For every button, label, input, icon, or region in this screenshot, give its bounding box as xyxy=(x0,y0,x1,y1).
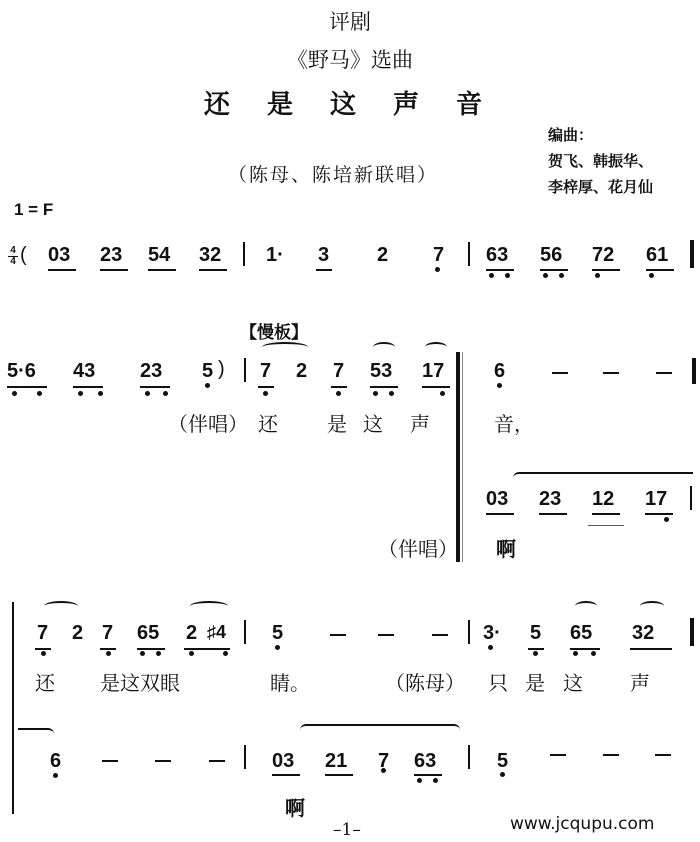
note: 23 xyxy=(140,360,162,383)
system-bracket xyxy=(12,602,14,814)
barline xyxy=(468,620,470,644)
note: 5·6 xyxy=(7,360,36,383)
lyric: 这 xyxy=(363,408,383,437)
note: 03 xyxy=(486,488,508,511)
dash xyxy=(603,372,619,374)
lyric: 是这双眼 xyxy=(100,667,180,696)
barline xyxy=(468,745,470,769)
note: 2 xyxy=(72,622,83,645)
note: 7 xyxy=(260,360,271,383)
key-signature: 1 = F xyxy=(14,200,53,220)
note: 5 xyxy=(272,622,283,645)
note: 53 xyxy=(370,360,392,383)
slur xyxy=(513,472,693,478)
lyric: 音， xyxy=(494,408,534,437)
lyric: 这 xyxy=(563,667,583,696)
note: ♯4 xyxy=(207,622,226,643)
note: 23 xyxy=(100,244,122,267)
slur xyxy=(18,728,54,734)
singers-credit: （陈母、陈培新联唱） xyxy=(228,160,438,187)
note: 65 xyxy=(570,622,592,645)
composers-line-2: 李梓厚、花月仙 xyxy=(548,174,653,200)
composer-credit: 编曲： 贺飞、韩振华、 李梓厚、花月仙 xyxy=(548,122,653,200)
tempo-marking: 【慢板】 xyxy=(240,318,308,343)
note: 54 xyxy=(148,244,170,267)
composers-line-1: 贺飞、韩振华、 xyxy=(548,148,653,174)
dash xyxy=(155,760,171,762)
opera-title: 《野马》选曲 xyxy=(0,44,700,74)
note: 2 xyxy=(186,622,197,645)
note: 32 xyxy=(632,622,654,645)
note: 65 xyxy=(137,622,159,645)
lyric: 是 xyxy=(327,408,347,437)
lyric: 是 xyxy=(525,667,545,696)
open-paren: ( xyxy=(20,244,27,267)
note: 03 xyxy=(272,750,294,773)
page-number: –1– xyxy=(333,820,361,840)
note: 1· xyxy=(266,244,284,267)
watermark: www.jcqupu.com xyxy=(510,814,654,834)
note: 63 xyxy=(414,750,436,773)
note: 7 xyxy=(102,622,113,645)
time-sig-top: 4 xyxy=(8,246,18,256)
song-title: 还 是 这 声 音 xyxy=(0,84,700,121)
lyric: 还 xyxy=(35,667,55,696)
accompaniment-label: （伴唱） xyxy=(378,533,458,562)
barline xyxy=(244,745,246,769)
barline xyxy=(244,620,246,644)
note: 2 xyxy=(296,360,307,383)
lyric: 啊 xyxy=(285,792,305,821)
dash xyxy=(378,634,394,636)
lyric: 睛。 xyxy=(270,667,310,696)
note: 7 xyxy=(333,360,344,383)
note: 61 xyxy=(646,244,668,267)
time-sig-bottom: 4 xyxy=(8,256,18,267)
dash xyxy=(209,760,225,762)
slur xyxy=(575,601,597,611)
note: 43 xyxy=(73,360,95,383)
note: 72 xyxy=(592,244,614,267)
lyric: 只 xyxy=(488,667,508,696)
note: 3 xyxy=(318,244,329,267)
note: 17 xyxy=(645,488,667,511)
dash xyxy=(102,760,118,762)
barline xyxy=(244,358,246,382)
barline xyxy=(690,240,694,268)
barline xyxy=(243,242,245,266)
composer-label: 编曲： xyxy=(548,122,653,148)
note: 7 xyxy=(37,622,48,645)
slur xyxy=(425,342,447,352)
note: 5 xyxy=(497,750,508,773)
slur xyxy=(262,342,308,352)
note: 6 xyxy=(494,360,505,383)
barline xyxy=(690,618,694,646)
dash xyxy=(330,634,346,636)
note: 3· xyxy=(483,622,501,645)
system-bracket xyxy=(456,352,460,562)
lyric: 声 xyxy=(630,667,650,696)
slur xyxy=(44,601,78,611)
note: 5 xyxy=(202,360,213,383)
dash xyxy=(655,754,671,756)
note: 7 xyxy=(433,244,444,267)
dash xyxy=(656,372,672,374)
note: 12 xyxy=(592,488,614,511)
lyric: 声 xyxy=(410,408,430,437)
note: 5 xyxy=(530,622,541,645)
note: 23 xyxy=(539,488,561,511)
slur xyxy=(373,342,395,352)
dash xyxy=(603,754,619,756)
slur xyxy=(640,601,664,611)
accompaniment-label: （伴唱） xyxy=(168,408,248,437)
note: 63 xyxy=(486,244,508,267)
lyric: 啊 xyxy=(496,533,516,562)
close-paren: ) xyxy=(218,358,225,381)
time-signature: 4 4 xyxy=(8,246,18,267)
slur xyxy=(300,724,460,730)
barline xyxy=(690,486,692,510)
note: 17 xyxy=(422,360,444,383)
lyric: 还 xyxy=(258,408,278,437)
note: 56 xyxy=(540,244,562,267)
note: 2 xyxy=(377,244,388,267)
dash xyxy=(432,634,448,636)
note: 21 xyxy=(325,750,347,773)
note: 6 xyxy=(50,750,61,773)
genre-title: 评剧 xyxy=(0,6,700,36)
note: 03 xyxy=(48,244,70,267)
barline xyxy=(468,242,470,266)
lead-singer-label: （陈母） xyxy=(385,667,465,696)
note: 32 xyxy=(199,244,221,267)
dash xyxy=(552,372,568,374)
slur xyxy=(190,601,228,611)
barline xyxy=(692,358,696,384)
dash xyxy=(550,754,566,756)
